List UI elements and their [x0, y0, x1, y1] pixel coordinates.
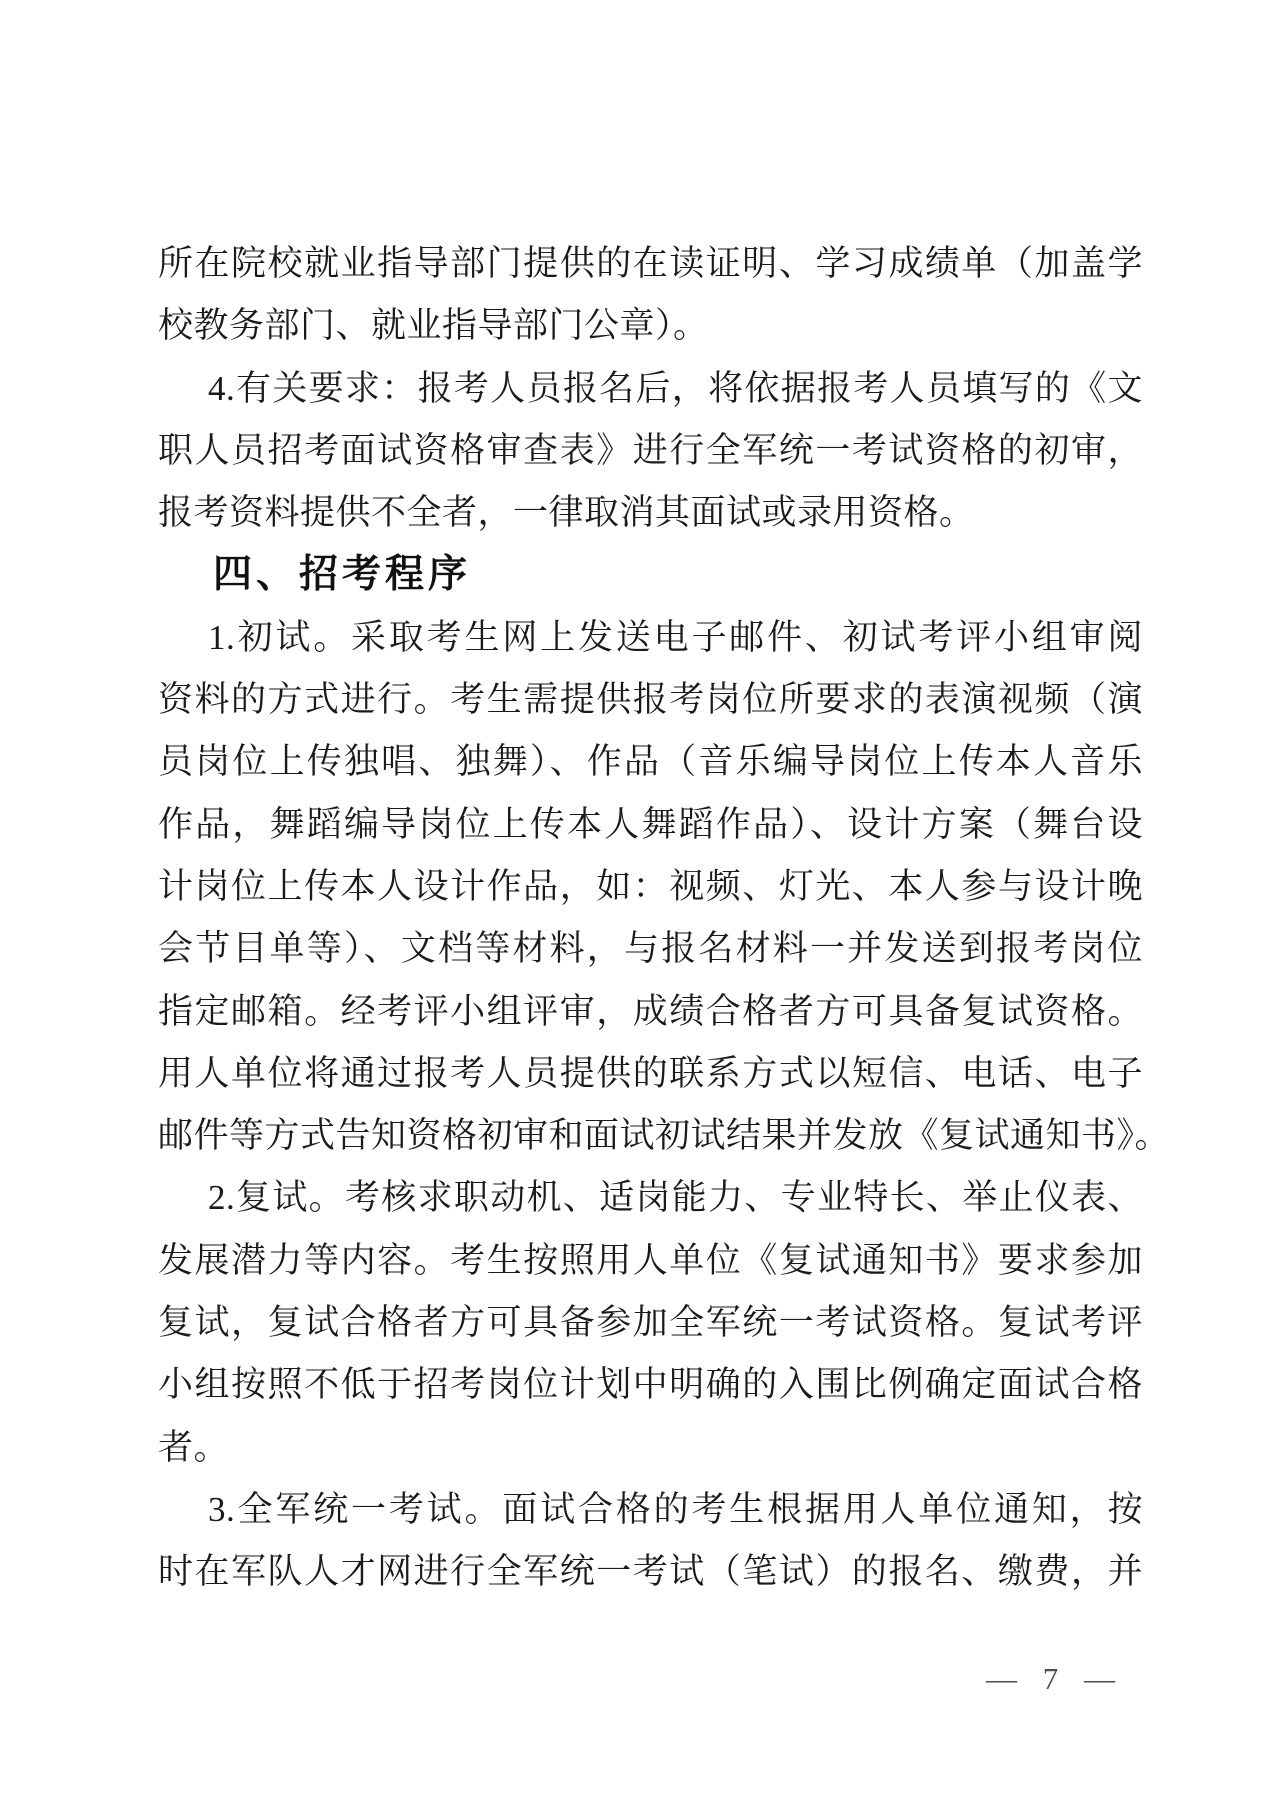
text-line: 指定邮箱。经考评小组评审，成绩合格者方可具备复试资格。	[158, 981, 1143, 1043]
text-line: 者。	[158, 1417, 1143, 1479]
text-line: 小组按照不低于招考岗位计划中明确的入围比例确定面试合格	[158, 1354, 1143, 1416]
text-line: 邮件等方式告知资格初审和面试初试结果并发放《复试通知书》。	[158, 1105, 1143, 1167]
text-line: 资料的方式进行。考生需提供报考岗位所要求的表演视频（演	[158, 669, 1143, 731]
document-page: 所在院校就业指导部门提供的在读证明、学习成绩单（加盖学校教务部门、就业指导部门公…	[0, 0, 1280, 1808]
text-line: 时在军队人才网进行全军统一考试（笔试）的报名、缴费，并	[158, 1541, 1143, 1603]
text-line: 会节目单等）、文档等材料，与报名材料一并发送到报考岗位	[158, 918, 1143, 980]
text-line: 作品，舞蹈编导岗位上传本人舞蹈作品）、设计方案（舞台设	[158, 794, 1143, 856]
text-line: 复试，复试合格者方可具备参加全军统一考试资格。复试考评	[158, 1292, 1143, 1354]
text-line: 校教务部门、就业指导部门公章）。	[158, 295, 1143, 357]
text-line: 员岗位上传独唱、独舞）、作品（音乐编导岗位上传本人音乐	[158, 731, 1143, 793]
page-number: — 7 —	[986, 1662, 1117, 1696]
text-line: 所在院校就业指导部门提供的在读证明、学习成绩单（加盖学	[158, 233, 1143, 295]
text-line: 用人单位将通过报考人员提供的联系方式以短信、电话、电子	[158, 1043, 1143, 1105]
section-heading: 四、招考程序	[158, 544, 1143, 606]
text-line: 报考资料提供不全者，一律取消其面试或录用资格。	[158, 482, 1143, 544]
text-line: 3.全军统一考试。面试合格的考生根据用人单位通知，按	[158, 1479, 1143, 1541]
text-line: 计岗位上传本人设计作品，如：视频、灯光、本人参与设计晚	[158, 856, 1143, 918]
text-line: 4.有关要求：报考人员报名后，将依据报考人员填写的《文	[158, 358, 1143, 420]
text-line: 职人员招考面试资格审查表》进行全军统一考试资格的初审，	[158, 420, 1143, 482]
document-body: 所在院校就业指导部门提供的在读证明、学习成绩单（加盖学校教务部门、就业指导部门公…	[158, 233, 1143, 1604]
text-line: 发展潜力等内容。考生按照用人单位《复试通知书》要求参加	[158, 1230, 1143, 1292]
text-line: 2.复试。考核求职动机、适岗能力、专业特长、举止仪表、	[158, 1167, 1143, 1229]
text-line: 1.初试。采取考生网上发送电子邮件、初试考评小组审阅	[158, 607, 1143, 669]
